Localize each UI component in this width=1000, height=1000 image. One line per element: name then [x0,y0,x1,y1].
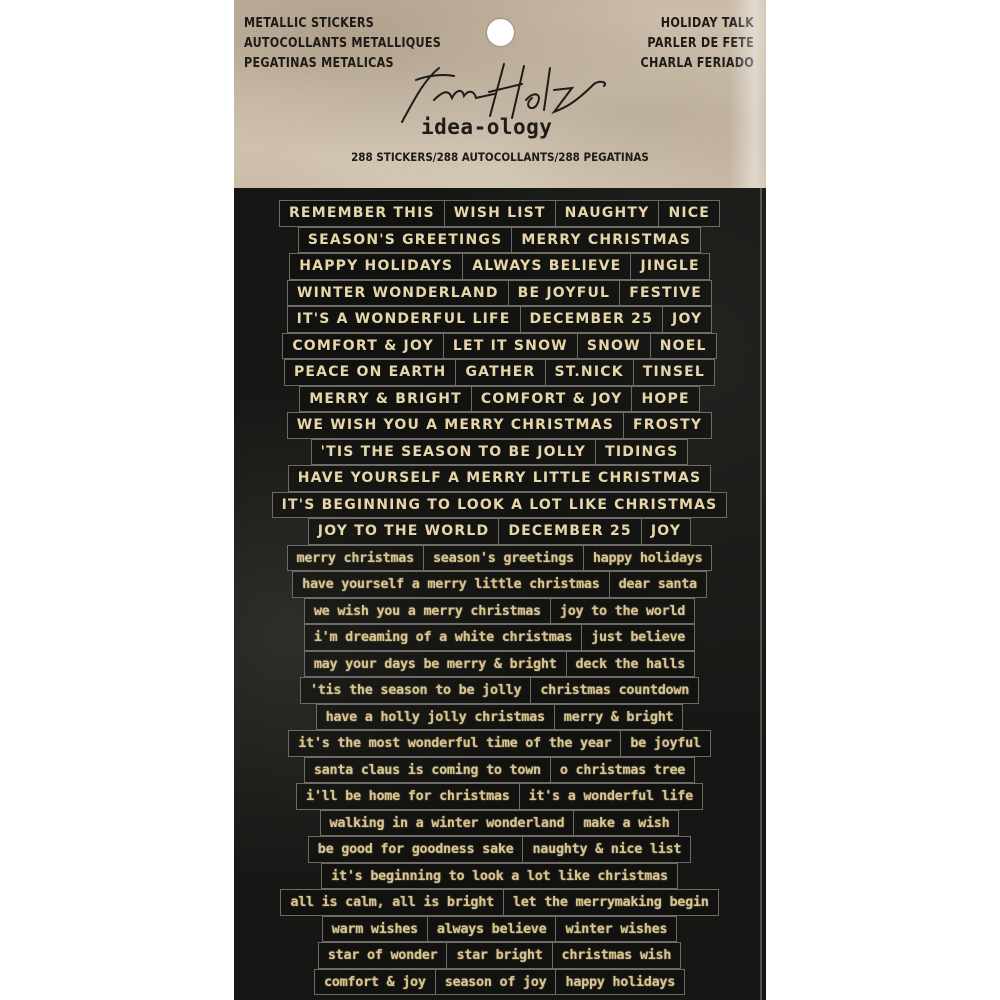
sticker-row: walking in a winter wonderlandmake a wis… [234,810,766,837]
sticker-row: MERRY & BRIGHTCOMFORT & JOYHOPE [234,386,766,413]
sticker[interactable]: REMEMBER THIS [279,200,445,227]
sticker[interactable]: just believe [581,624,695,651]
sticker-row: have yourself a merry little christmasde… [234,571,766,598]
sticker[interactable]: JOY [662,306,712,333]
sticker[interactable]: LET IT SNOW [443,333,578,360]
sticker[interactable]: dear santa [609,571,707,598]
sticker[interactable]: DECEMBER 25 [498,518,642,545]
sticker[interactable]: joy to the world [550,598,695,625]
header-right-line: HOLIDAY TALK [640,14,754,34]
sticker-row: HAPPY HOLIDAYSALWAYS BELIEVEJINGLE [234,253,766,280]
sticker[interactable]: NAUGHTY [555,200,660,227]
header-left-line: AUTOCOLLANTS METALLIQUES [244,34,441,54]
sticker[interactable]: happy holidays [583,545,713,572]
sticker-sheet: REMEMBER THISWISH LISTNAUGHTYNICESEASON'… [234,188,766,1000]
sticker[interactable]: 'TIS THE SEASON TO BE JOLLY [311,439,597,466]
sticker[interactable]: merry & bright [554,704,684,731]
sticker[interactable]: all is calm, all is bright [280,889,504,916]
sticker-row: i'll be home for christmasit's a wonderf… [234,783,766,810]
sticker[interactable]: naughty & nice list [522,836,691,863]
sticker[interactable]: christmas wish [552,942,682,969]
sticker-row: comfort & joyseason of joyhappy holidays [234,969,766,996]
sticker[interactable]: SEASON'S GREETINGS [298,227,512,254]
hang-hole [487,19,514,46]
sticker[interactable]: TIDINGS [595,439,688,466]
sticker[interactable]: season's greetings [423,545,584,572]
sticker-row: HAVE YOURSELF A MERRY LITTLE CHRISTMAS [234,465,766,492]
sticker[interactable]: ST.NICK [545,359,634,386]
sticker-row: santa claus is coming to towno christmas… [234,757,766,784]
sticker-row: IT'S BEGINNING TO LOOK A LOT LIKE CHRIST… [234,492,766,519]
sticker[interactable]: GATHER [455,359,545,386]
sticker-row: have a holly jolly christmasmerry & brig… [234,704,766,731]
sticker[interactable]: SNOW [577,333,651,360]
header-right-text: HOLIDAY TALK PARLER DE FETE CHARLA FERIA… [640,14,754,74]
sticker[interactable]: have yourself a merry little christmas [292,571,609,598]
sticker-row: i'm dreaming of a white christmasjust be… [234,624,766,651]
sticker[interactable]: JINGLE [630,253,709,280]
sticker[interactable]: make a wish [573,810,679,837]
sticker-row: WE WISH YOU A MERRY CHRISTMASFROSTY [234,412,766,439]
sticker[interactable]: 'tis the season to be jolly [300,677,531,704]
sticker-row: COMFORT & JOYLET IT SNOWSNOWNOEL [234,333,766,360]
sticker[interactable]: IT'S BEGINNING TO LOOK A LOT LIKE CHRIST… [272,492,728,519]
sticker[interactable]: MERRY CHRISTMAS [511,227,701,254]
sticker-count: 288 STICKERS/288 AUTOCOLLANTS/288 PEGATI… [261,150,740,164]
sticker[interactable]: WE WISH YOU A MERRY CHRISTMAS [287,412,624,439]
sticker-row: merry christmasseason's greetingshappy h… [234,545,766,572]
sticker[interactable]: comfort & joy [314,969,436,996]
sticker[interactable]: DECEMBER 25 [520,306,664,333]
sticker[interactable]: JOY [641,518,691,545]
sticker[interactable]: PEACE ON EARTH [284,359,456,386]
sticker[interactable]: FESTIVE [619,280,712,307]
sticker-row: SEASON'S GREETINGSMERRY CHRISTMAS [234,227,766,254]
sticker[interactable]: may your days be merry & bright [304,651,567,678]
sticker[interactable]: merry christmas [287,545,424,572]
sticker-row: 'tis the season to be jollychristmas cou… [234,677,766,704]
sticker-row: star of wonderstar brightchristmas wish [234,942,766,969]
sticker[interactable]: always believe [427,916,557,943]
header-left-line: METALLIC STICKERS [244,14,441,34]
sticker[interactable]: it's the most wonderful time of the year [288,730,621,757]
sticker[interactable]: happy holidays [555,969,685,996]
sticker-row: we wish you a merry christmasjoy to the … [234,598,766,625]
header-right-line: CHARLA FERIADO [640,54,754,74]
brand-name: idea-ology [421,115,552,139]
header-right-line: PARLER DE FETE [640,34,754,54]
sticker[interactable]: be joyful [620,730,710,757]
sticker[interactable]: BE JOYFUL [508,280,621,307]
sticker-row: it's the most wonderful time of the year… [234,730,766,757]
sticker-row: JOY TO THE WORLDDECEMBER 25JOY [234,518,766,545]
sticker[interactable]: FROSTY [623,412,712,439]
sticker[interactable]: WISH LIST [444,200,556,227]
sticker[interactable]: COMFORT & JOY [282,333,444,360]
sticker[interactable]: star bright [446,942,552,969]
sticker-row: it's beginning to look a lot like christ… [234,863,766,890]
sticker[interactable]: season of joy [435,969,557,996]
sticker[interactable]: it's beginning to look a lot like christ… [321,863,678,890]
sticker[interactable]: o christmas tree [550,757,695,784]
header-card: METALLIC STICKERS AUTOCOLLANTS METALLIQU… [234,0,766,188]
sticker[interactable]: NICE [658,200,720,227]
sticker-row: PEACE ON EARTHGATHERST.NICKTINSEL [234,359,766,386]
sticker-row: 'TIS THE SEASON TO BE JOLLYTIDINGS [234,439,766,466]
sticker[interactable]: ALWAYS BELIEVE [462,253,631,280]
sticker[interactable]: i'll be home for christmas [296,783,520,810]
sticker[interactable]: i'm dreaming of a white christmas [304,624,582,651]
sticker[interactable]: MERRY & BRIGHT [299,386,472,413]
sticker-row: REMEMBER THISWISH LISTNAUGHTYNICE [234,200,766,227]
sticker[interactable]: IT'S A WONDERFUL LIFE [287,306,521,333]
sticker[interactable]: christmas countdown [530,677,699,704]
sticker[interactable]: JOY TO THE WORLD [308,518,500,545]
sticker-rows: REMEMBER THISWISH LISTNAUGHTYNICESEASON'… [234,200,766,995]
sticker[interactable]: star of wonder [318,942,448,969]
sticker[interactable]: warm wishes [322,916,428,943]
sticker-row: may your days be merry & brightdeck the … [234,651,766,678]
sticker-row: all is calm, all is brightlet the merrym… [234,889,766,916]
sticker[interactable]: it's a wonderful life [519,783,703,810]
sticker-row: be good for goodness sakenaughty & nice … [234,836,766,863]
sticker-package: METALLIC STICKERS AUTOCOLLANTS METALLIQU… [234,0,766,1000]
sticker[interactable]: NOEL [650,333,717,360]
sticker[interactable]: winter wishes [555,916,677,943]
sticker-row: warm wishesalways believewinter wishes [234,916,766,943]
sticker[interactable]: TINSEL [633,359,715,386]
sticker-row: IT'S A WONDERFUL LIFEDECEMBER 25JOY [234,306,766,333]
sticker[interactable]: be good for goodness sake [308,836,524,863]
sticker[interactable]: WINTER WONDERLAND [287,280,509,307]
sticker[interactable]: we wish you a merry christmas [304,598,551,625]
sticker[interactable]: santa claus is coming to town [304,757,551,784]
sticker[interactable]: HAVE YOURSELF A MERRY LITTLE CHRISTMAS [288,465,712,492]
sticker-row: WINTER WONDERLANDBE JOYFULFESTIVE [234,280,766,307]
sticker[interactable]: deck the halls [566,651,696,678]
sticker[interactable]: let the merrymaking begin [503,889,719,916]
sticker[interactable]: HOPE [631,386,699,413]
sticker[interactable]: HAPPY HOLIDAYS [289,253,463,280]
sticker[interactable]: COMFORT & JOY [471,386,633,413]
sticker[interactable]: walking in a winter wonderland [320,810,575,837]
sticker[interactable]: have a holly jolly christmas [316,704,555,731]
